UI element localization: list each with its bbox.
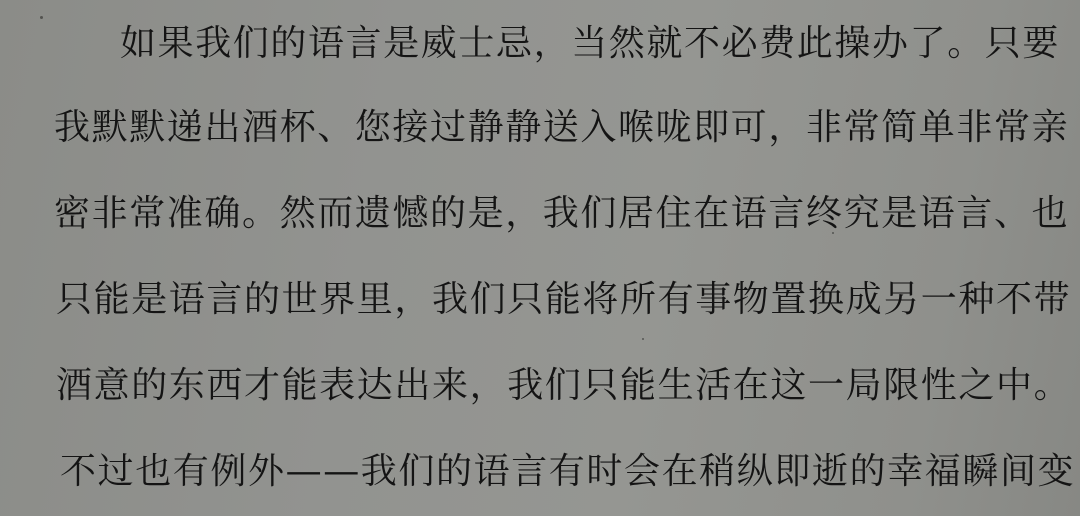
paper-speck — [642, 338, 644, 340]
text-line-2: 我默默递出酒杯、您接过静静送入喉咙即可，非常简单非常亲 — [54, 110, 1069, 146]
text-line-3: 密非常准确。然而遗憾的是，我们居住在语言终究是语言、也 — [54, 196, 1069, 232]
text-line-5: 酒意的东西才能表达出来，我们只能生活在这一局限性之中。 — [56, 368, 1071, 404]
book-page: 如果我们的语言是威士忌，当然就不必费此操办了。只要 我默默递出酒杯、您接过静静送… — [0, 0, 1080, 516]
text-line-4: 只能是语言的世界里，我们只能将所有事物置换成另一种不带 — [56, 282, 1071, 318]
text-line-1: 如果我们的语言是威士忌，当然就不必费此操办了。只要 — [120, 26, 1060, 62]
text-line-6: 不过也有例外——我们的语言有时会在稍纵即逝的幸福瞬间变 — [60, 454, 1075, 490]
paper-speck — [40, 16, 43, 19]
